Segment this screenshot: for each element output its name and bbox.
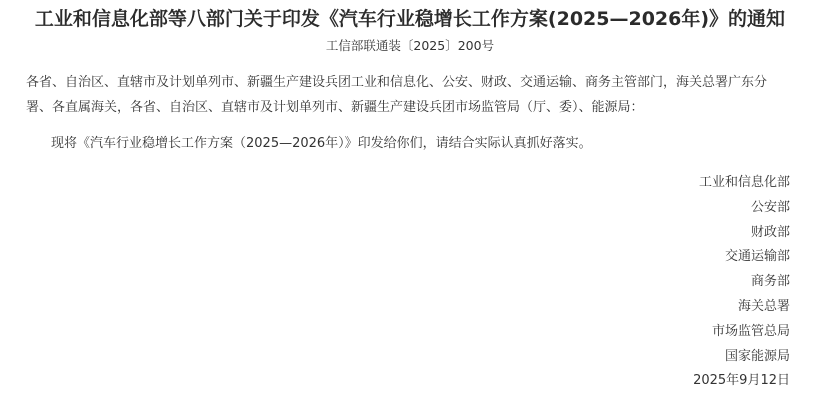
notice-document: 工业和信息化部等八部门关于印发《汽车行业稳增长工作方案(2025—2026年)》… [0,0,820,396]
signatory-nea: 国家能源局 [693,345,790,370]
document-number: 工信部联通装〔2025〕200号 [0,37,820,55]
addressee-line: 署、各直属海关，各省、自治区、直辖市及计划单列市、新疆生产建设兵团市场监管局（厅… [26,95,802,120]
signatory-mof: 财政部 [693,221,790,246]
signatory-customs: 海关总署 [693,295,790,320]
signatory-mot: 交通运输部 [693,245,790,270]
signatory-samr: 市场监管总局 [693,320,790,345]
addressee-line: 各省、自治区、直辖市及计划单列市、新疆生产建设兵团工业和信息化、公安、财政、交通… [26,70,802,95]
issue-date: 2025年9月12日 [693,369,790,394]
document-title: 工业和信息化部等八部门关于印发《汽车行业稳增长工作方案(2025—2026年)》… [0,6,820,32]
addressee-block: 各省、自治区、直辖市及计划单列市、新疆生产建设兵团工业和信息化、公安、财政、交通… [26,70,802,120]
signatory-miit: 工业和信息化部 [693,171,790,196]
body-paragraph: 现将《汽车行业稳增长工作方案（2025—2026年）》印发给你们，请结合实际认真… [51,133,592,155]
signatory-mps: 公安部 [693,196,790,221]
signature-block: 工业和信息化部 公安部 财政部 交通运输部 商务部 海关总署 市场监管总局 国家… [693,171,790,394]
signatory-mofcom: 商务部 [693,270,790,295]
